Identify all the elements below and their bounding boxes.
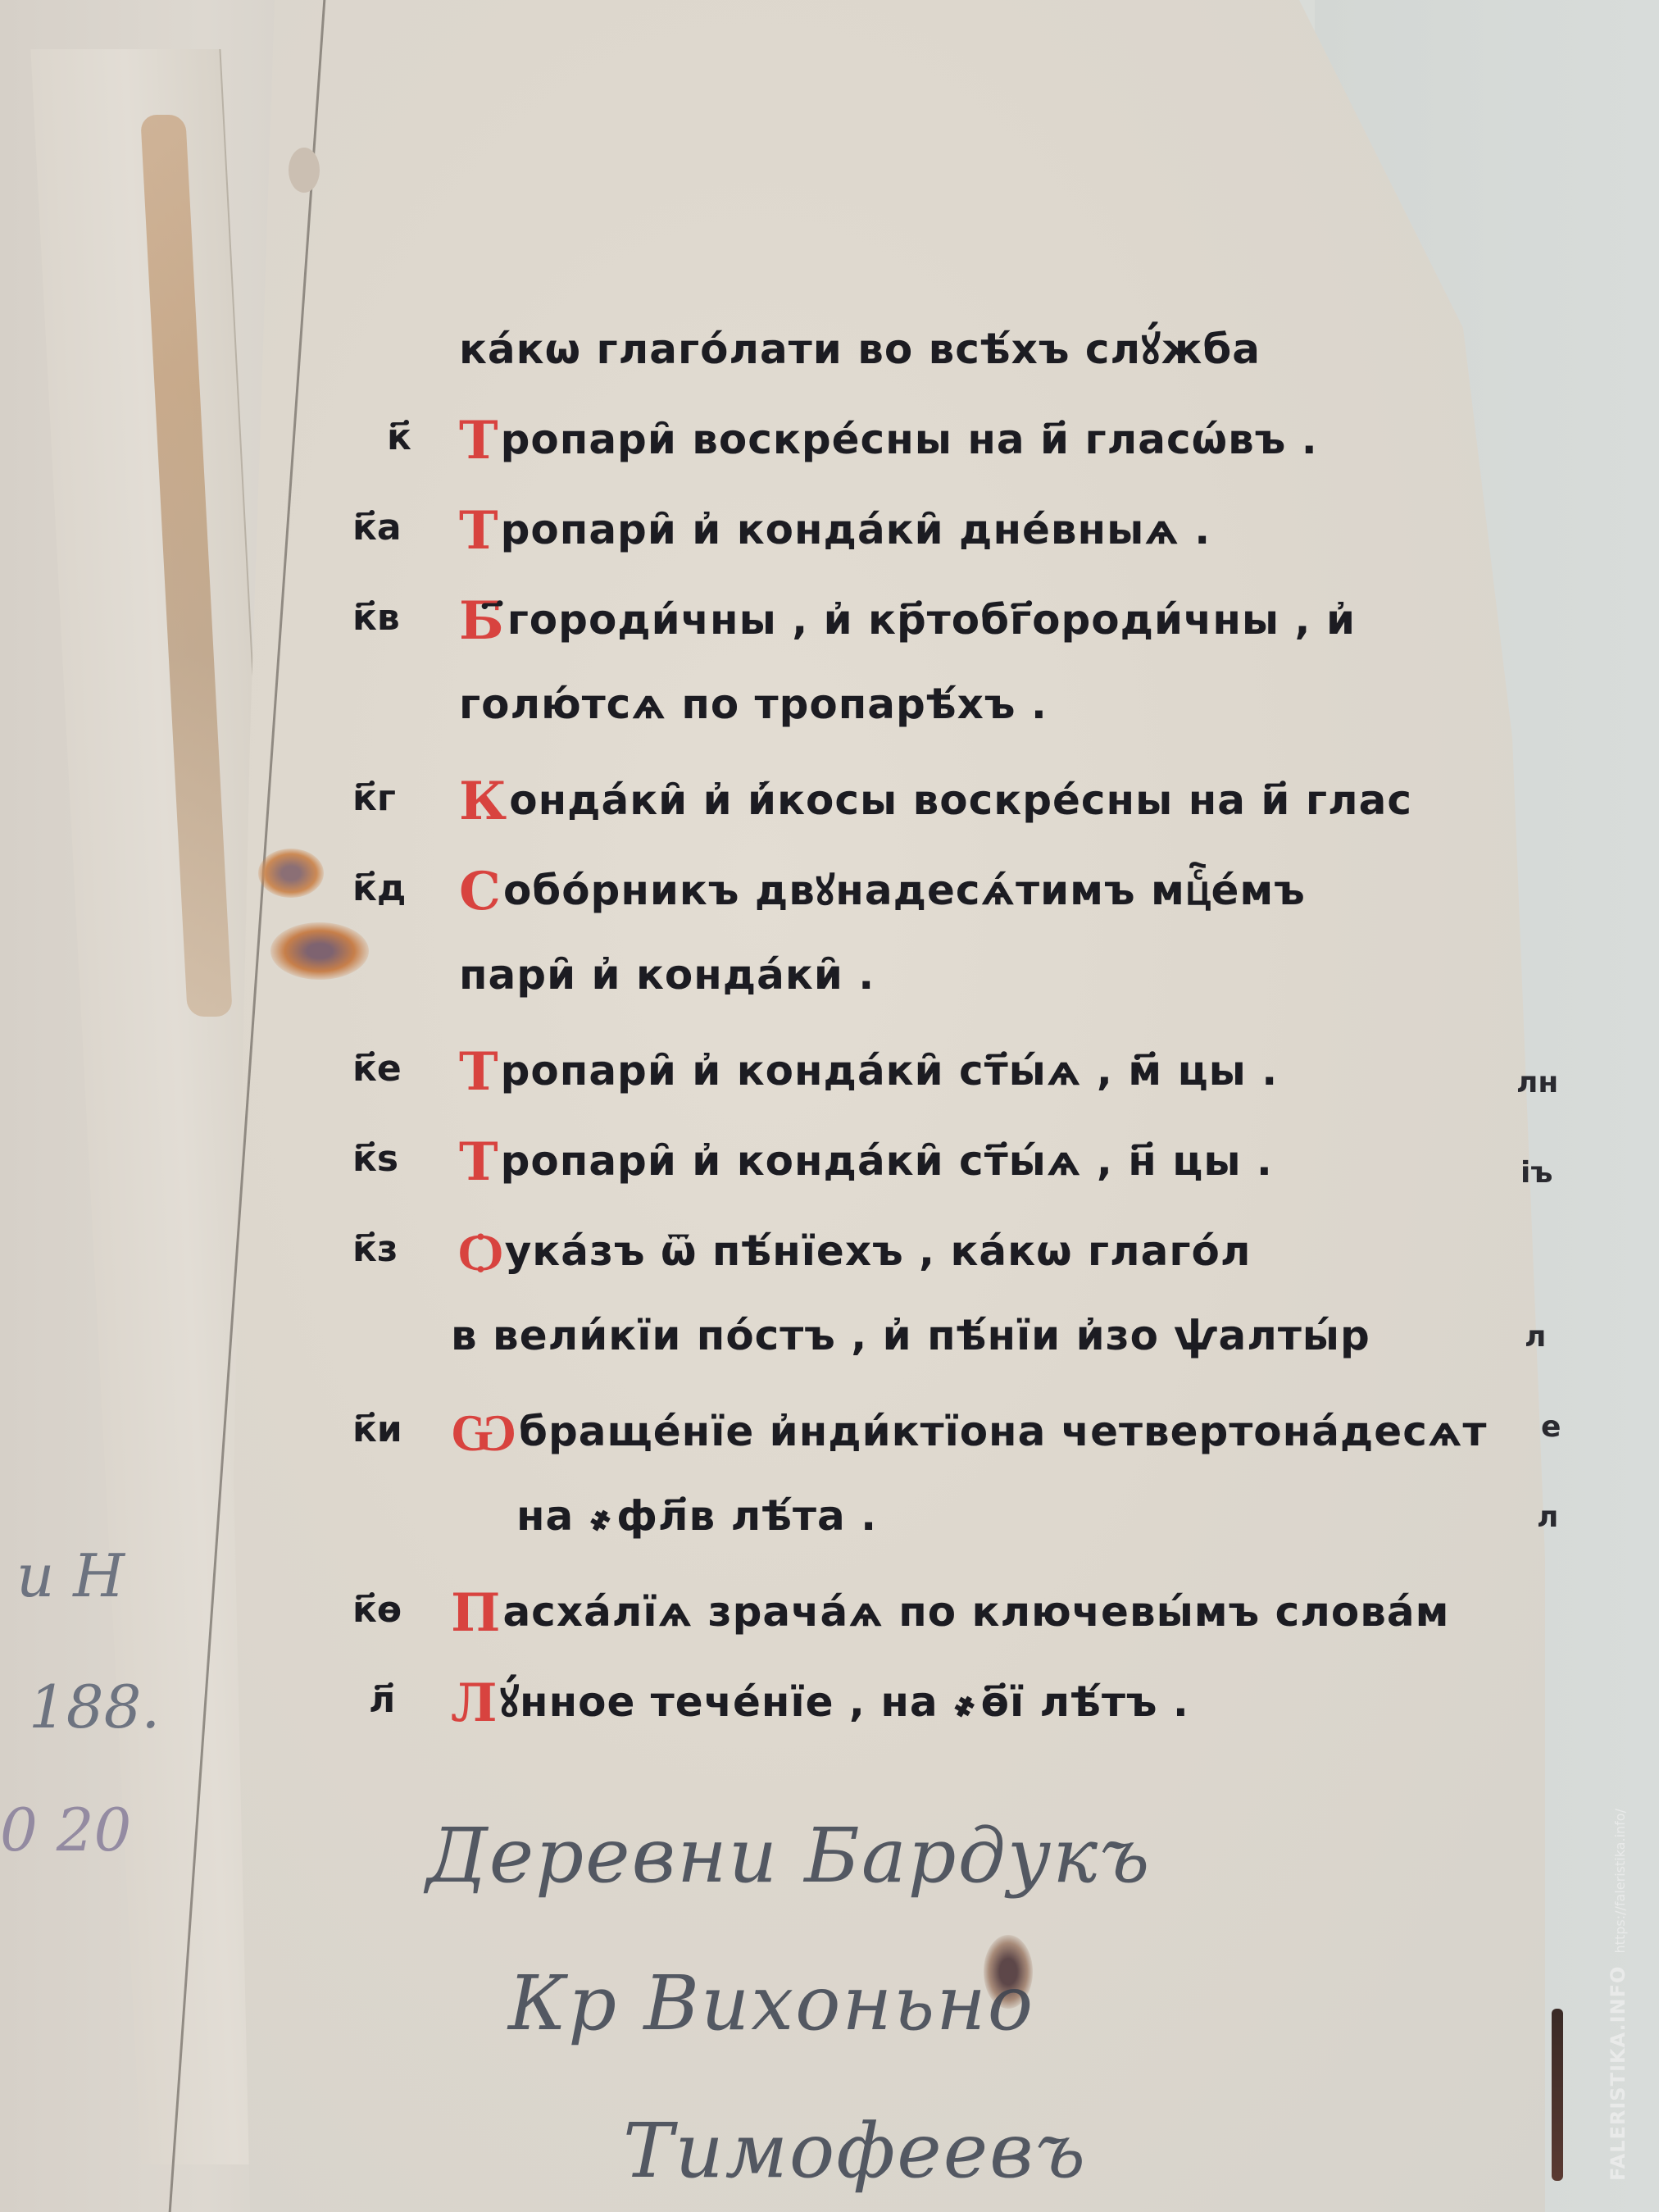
ink-streak (1552, 2009, 1563, 2181)
watermark: FALERISTIKA.INFO https://faleristika.inf… (1607, 1809, 1629, 2181)
margin-fragment: л (1537, 1500, 1558, 1534)
red-initial: П (451, 1582, 501, 1644)
handwritten-note-line1: Деревни Бардукъ (426, 1812, 1152, 1900)
entry-number: к҃в (352, 597, 426, 639)
entry-text: браще́нїе и҆нди́ктїона четвертона́десѧт (519, 1408, 1487, 1455)
toc-entry: Тропари̑ воскре́сны на и҃ гласѡ́въ . (459, 410, 1318, 484)
toc-entry: Пасха́лїѧ зрача́ѧ по ключевы́мъ слова́м (451, 1582, 1450, 1656)
red-initial: К (459, 771, 507, 832)
handwritten-note-line3: Тимофеевъ (623, 2107, 1087, 2195)
red-initial: Т (459, 410, 499, 471)
toc-entry: Ѻука́зъ ѿ пѣ́нїехъ , ка́кѡ глаго́л (459, 1222, 1252, 1295)
handwritten-left-line2: 188. (29, 1673, 160, 1741)
entry-number: к҃е (352, 1048, 426, 1090)
toc-entry-continuation: на ҂фл҃в лѣ́та . (516, 1492, 877, 1566)
margin-fragment: л (1525, 1320, 1546, 1354)
entry-number: л҃ (369, 1679, 443, 1721)
entry-number: к҃ѕ (352, 1138, 426, 1180)
entry-text: ропари̑ и҆ конда́ки̑ ст҃ы́ѧ , м҃ цы . (501, 1047, 1279, 1095)
red-initial: Т (459, 1131, 499, 1193)
red-initial: Б (459, 590, 505, 652)
toc-entry: Б҃городи́чны , и҆ кр҃тобг҃ороди́чны , и҆ (459, 590, 1356, 664)
red-initial: Ѻ (459, 1222, 503, 1283)
margin-fragment: лн (1516, 1066, 1558, 1099)
toc-entry: Тропари̑ и҆ конда́ки̑ ст҃ы́ѧ , н҃ цы . (459, 1131, 1273, 1205)
header-text: ка́кѡ глаго́лати во всѣ́хъ слꙋ́жба (459, 325, 1261, 373)
entry-text: ропари̑ и҆ конда́ки̑ дне́вныѧ . (501, 506, 1211, 553)
red-initial: Т (459, 500, 499, 562)
entry-text: асха́лїѧ зрача́ѧ по ключевы́мъ слова́м (502, 1588, 1449, 1636)
toc-entry: Тропари̑ и҆ конда́ки̑ ст҃ы́ѧ , м҃ цы . (459, 1041, 1278, 1115)
handwritten-note-line2: Кр Вихоньно (508, 1959, 1034, 2047)
entry-text: ропари̑ и҆ конда́ки̑ ст҃ы́ѧ , н҃ цы . (501, 1137, 1273, 1185)
rust-stain (270, 922, 369, 980)
watermark-brand: FALERISTIKA.INFO (1607, 1966, 1629, 2181)
entry-number: к҃а (352, 507, 426, 548)
entry-text: ꙋ́нное тече́нїе , на ҂ѳ҃ї лѣ́тъ . (500, 1673, 1189, 1728)
entry-number: к҃з (352, 1228, 426, 1270)
margin-fragment: іъ (1520, 1156, 1552, 1190)
toc-entry: Тропари̑ и҆ конда́ки̑ дне́вныѧ . (459, 500, 1211, 574)
toc-entry: Ѡбраще́нїе и҆нди́ктїона четвертона́десѧт (451, 1402, 1487, 1476)
toc-entry-continuation: голю́тсѧ по тропарѣ́хъ . (459, 680, 1048, 754)
entry-number: к҃г (352, 777, 426, 819)
entry-number: к҃д (352, 867, 426, 909)
red-initial: Л (451, 1673, 498, 1734)
red-initial: С (459, 861, 502, 922)
toc-entry: Собо́рникъ двꙋнадесѧ́тимъ мцⷭ҇е́мъ (459, 861, 1306, 935)
paper-hole (289, 148, 320, 193)
entry-text: ҃городи́чны , и҆ кр҃тобг҃ороди́чны , и҆ (507, 596, 1356, 644)
entry-number: к҃ (387, 416, 461, 458)
handwritten-left-line1: и Н (16, 1541, 125, 1610)
handwritten-left-line3: 0 20 (0, 1796, 131, 1864)
entry-text: онда́ки̑ и҆ и҆́косы воскре́сны на и҃ гла… (509, 776, 1412, 824)
entry-text: ука́зъ ѿ пѣ́нїехъ , ка́кѡ глаго́л (505, 1227, 1252, 1275)
entry-text: ропари̑ воскре́сны на и҃ гласѡ́въ . (501, 416, 1318, 463)
entry-number: к҃ѳ (352, 1589, 426, 1631)
rust-stain (258, 849, 324, 898)
watermark-url: https://faleristika.info/ (1612, 1809, 1628, 1953)
toc-entry: Конда́ки̑ и҆ и҆́косы воскре́сны на и҃ гл… (459, 771, 1412, 844)
margin-fragment: е (1541, 1410, 1561, 1444)
red-initial: Т (459, 1041, 499, 1103)
entry-number: к҃и (352, 1409, 426, 1450)
header-line: ка́кѡ глаго́лати во всѣ́хъ слꙋ́жба (459, 320, 1261, 394)
toc-entry-continuation: пари̑ и҆ конда́ки̑ . (459, 951, 875, 1025)
red-initial: Ѡ (451, 1402, 517, 1463)
toc-entry-continuation: в вели́кїи по́стъ , и҆ пѣ́нїи и҆зо ѱалты… (451, 1312, 1370, 1386)
entry-text: обо́рникъ двꙋнадесѧ́тимъ мцⷭ҇е́мъ (503, 861, 1306, 917)
toc-entry: Лꙋ́нное тече́нїе , на ҂ѳ҃ї лѣ́тъ . (451, 1673, 1189, 1746)
